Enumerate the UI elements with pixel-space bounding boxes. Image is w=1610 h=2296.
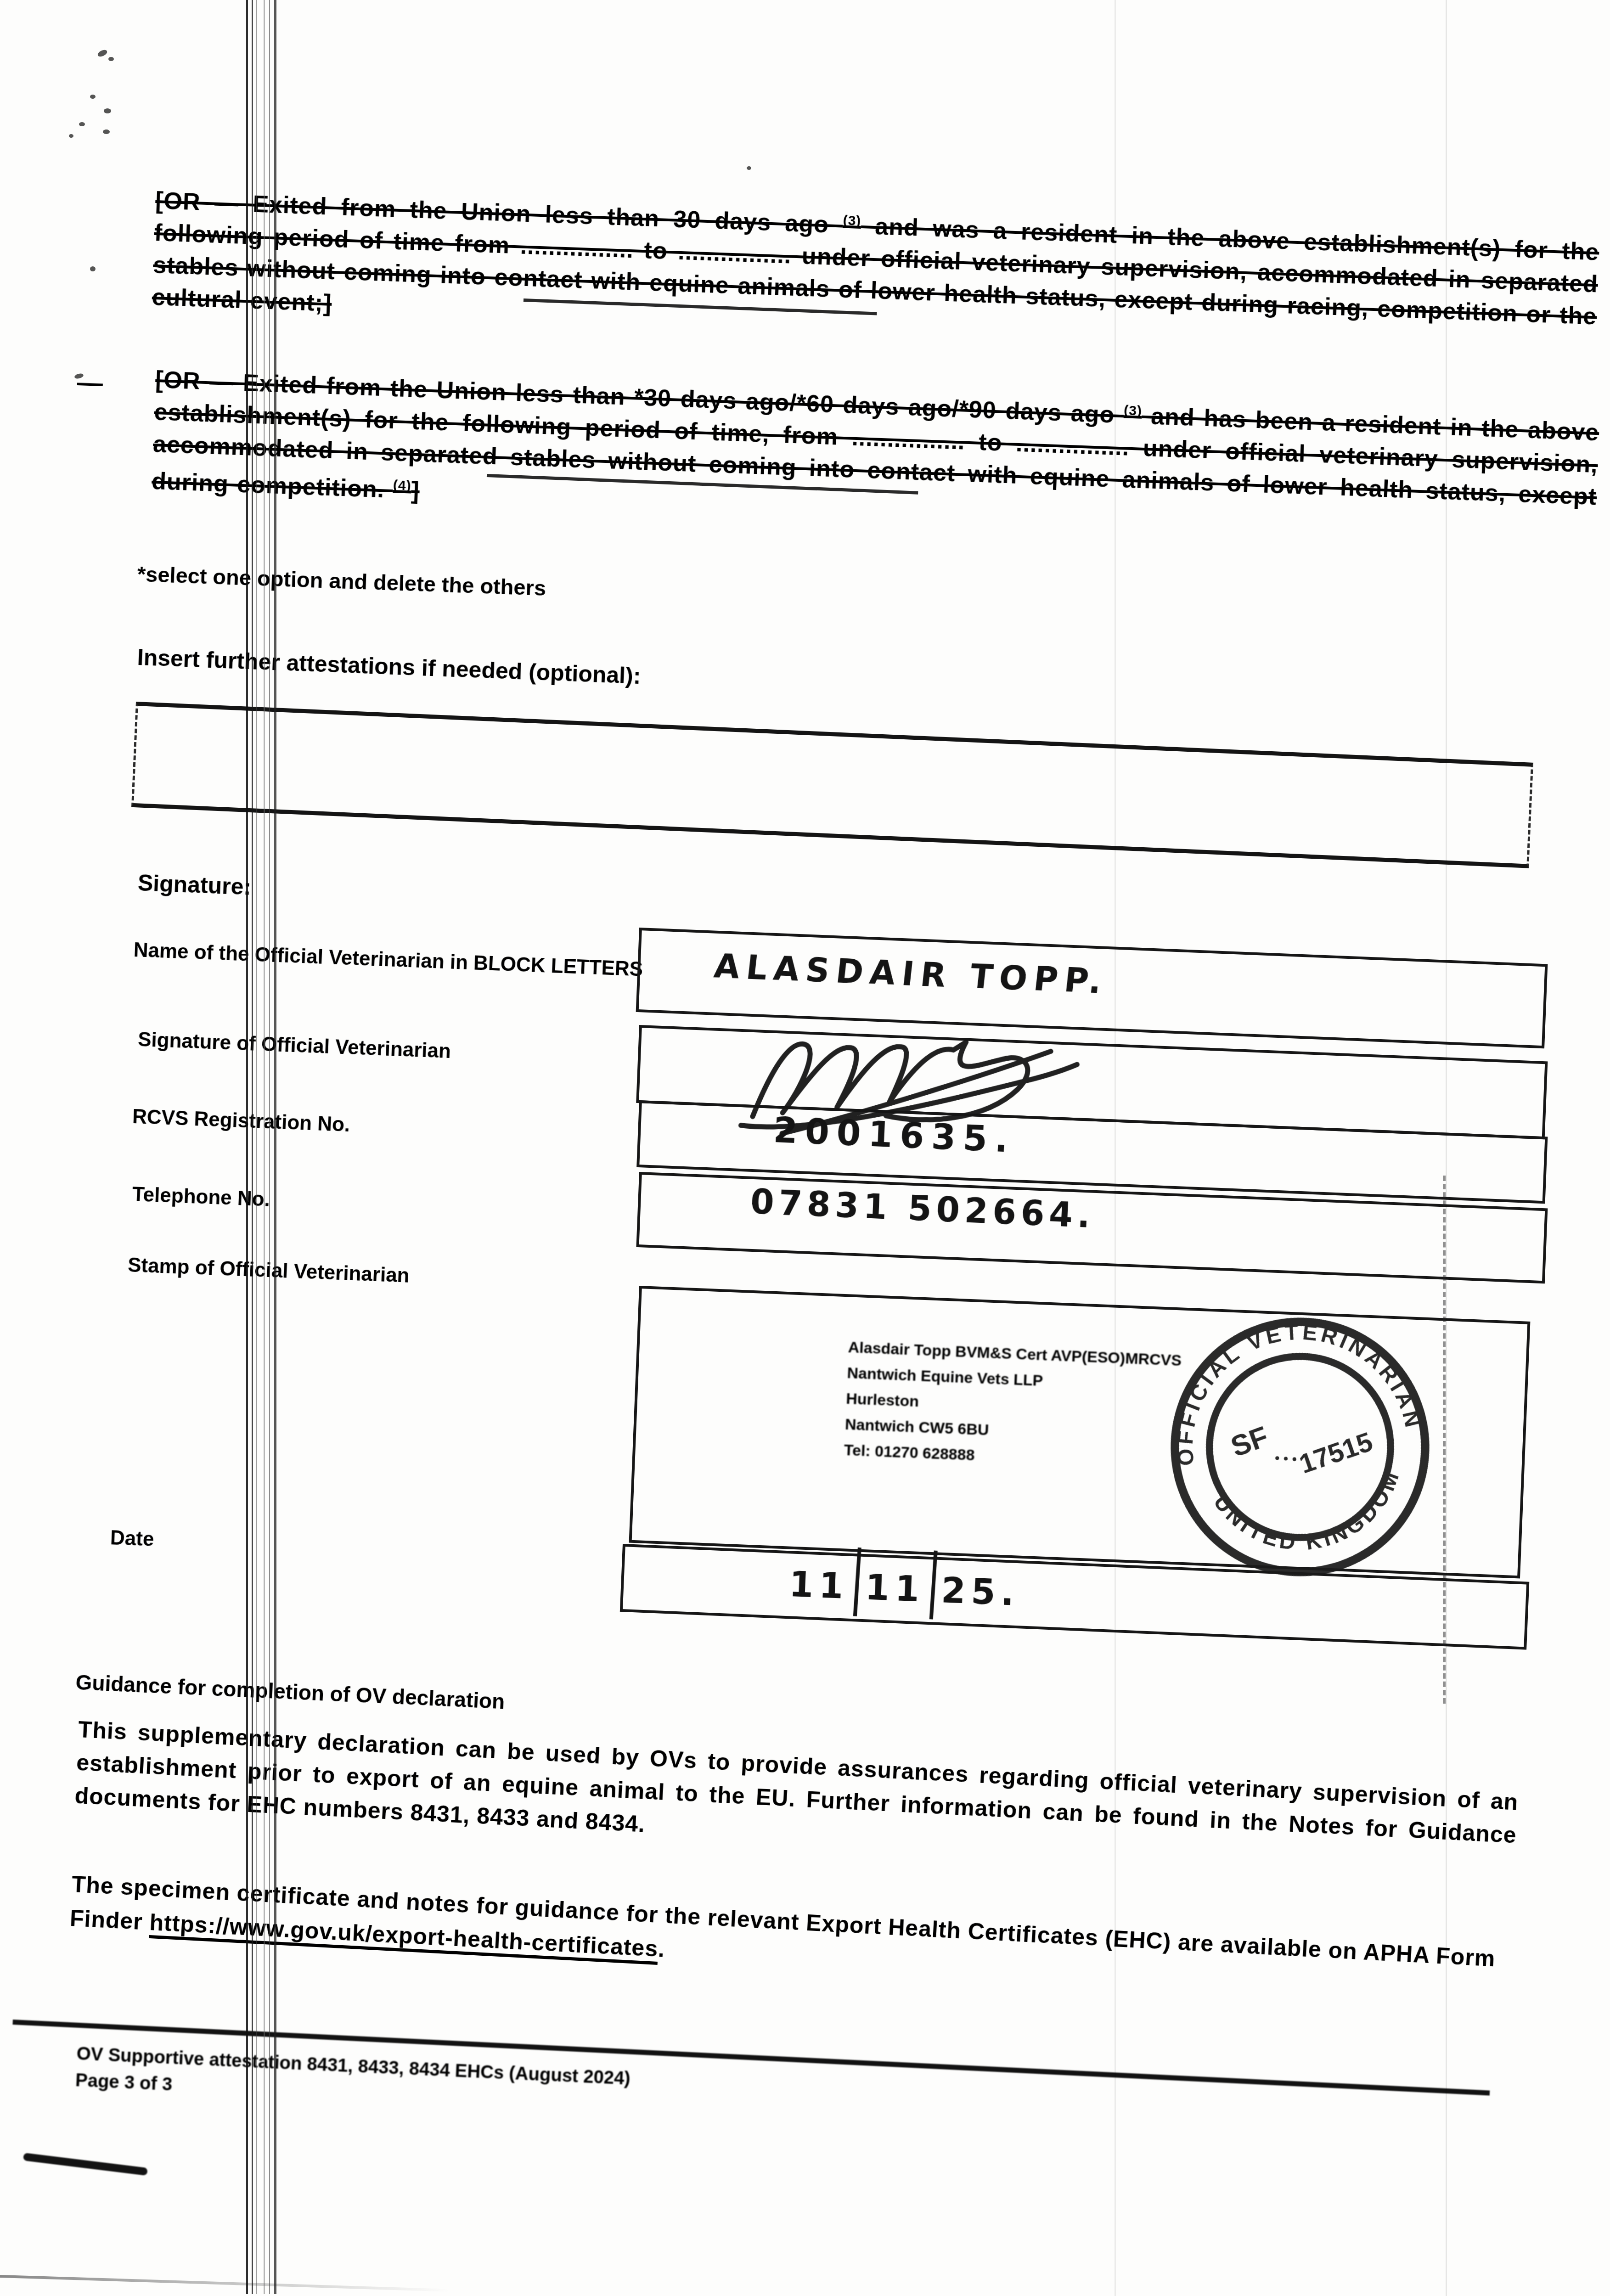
ink-speck — [90, 95, 96, 99]
ink-speck — [79, 122, 85, 126]
faint-scanner-streak — [1115, 0, 1116, 2296]
footnote-marker-4: (4) — [393, 477, 411, 493]
rcvs-number-label: RCVS Registration No. — [132, 1103, 350, 1138]
further-attestations-box — [131, 702, 1533, 868]
ink-speck — [108, 57, 114, 61]
ink-speck — [96, 49, 108, 58]
bottom-scan-curve — [0, 2275, 450, 2292]
date-handwritten: 111125. — [788, 1545, 1021, 1623]
footnote-marker-3: (3) — [843, 213, 861, 229]
ink-speck — [104, 108, 111, 113]
ink-speck — [103, 129, 110, 134]
scanner-line-artifact — [246, 0, 248, 2294]
stamp-center-prefix: SF — [1227, 1420, 1272, 1463]
scanned-document-page: [OR — Exited from the Union less than 30… — [0, 0, 1610, 2296]
date-separator-stroke — [929, 1550, 937, 1619]
signature-heading: Signature: — [137, 869, 252, 900]
option-paragraph-2: [OR — Exited from the Union less than *3… — [151, 359, 1600, 550]
option2-selection-dash: — — [77, 367, 103, 398]
date-month: 11 — [864, 1567, 925, 1610]
scanner-line-artifact — [264, 0, 265, 2294]
date-label: Date — [110, 1525, 155, 1553]
ov-name-label: Name of the Official Veterinarian in BLO… — [133, 937, 671, 984]
official-veterinarian-round-stamp: OFFICIAL VETERINARIAN UNITED KINGDOM SF … — [1140, 1287, 1460, 1607]
scanner-line-artifact — [274, 0, 276, 2294]
ov-signature-label: Signature of Official Veterinarian — [137, 1026, 451, 1065]
ink-speck — [747, 166, 751, 170]
scanner-line-artifact — [252, 0, 253, 2294]
guidance-heading: Guidance for completion of OV declaratio… — [75, 1670, 506, 1714]
option2-text-close: ] — [411, 477, 420, 504]
date-year: 25. — [940, 1570, 1020, 1614]
practice-stamp-text-block: Alasdair Topp BVM&S Cert AVP(ESO)MRCVS N… — [844, 1334, 1182, 1476]
stray-pen-mark — [23, 2153, 148, 2176]
telephone-label: Telephone No. — [132, 1181, 270, 1213]
footer-text-block: OV Supportive attestation 8431, 8433, 84… — [75, 2042, 631, 2117]
date-day: 11 — [788, 1564, 850, 1607]
scanner-line-artifact — [256, 0, 257, 2294]
select-option-note: *select one option and delete the others — [137, 561, 546, 601]
option-paragraph-1: [OR — Exited from the Union less than 30… — [152, 180, 1600, 365]
stamp-ring-top-text: OFFICIAL VETERINARIAN — [1154, 1302, 1425, 1469]
date-separator-stroke — [853, 1548, 861, 1616]
guidance-paragraph-2: The specimen certificate and notes for g… — [69, 1867, 1521, 2011]
guidance-paragraph-1: This supplementary declaration can be us… — [74, 1713, 1519, 1885]
stamp-center-number: 17515 — [1295, 1427, 1376, 1480]
ink-speck — [69, 134, 73, 138]
svg-text:OFFICIAL VETERINARIAN: OFFICIAL VETERINARIAN — [1154, 1302, 1425, 1469]
faint-scanner-streak — [1446, 0, 1447, 2296]
footnote-marker-3b: (3) — [1124, 403, 1143, 418]
ink-speck — [90, 266, 96, 271]
stamp-label: Stamp of Official Veterinarian — [127, 1252, 410, 1289]
guidance-paragraph-2-end: . — [658, 1936, 666, 1962]
scanner-line-artifact — [269, 0, 270, 2294]
insert-attestations-heading: Insert further attestations if needed (o… — [137, 644, 642, 689]
